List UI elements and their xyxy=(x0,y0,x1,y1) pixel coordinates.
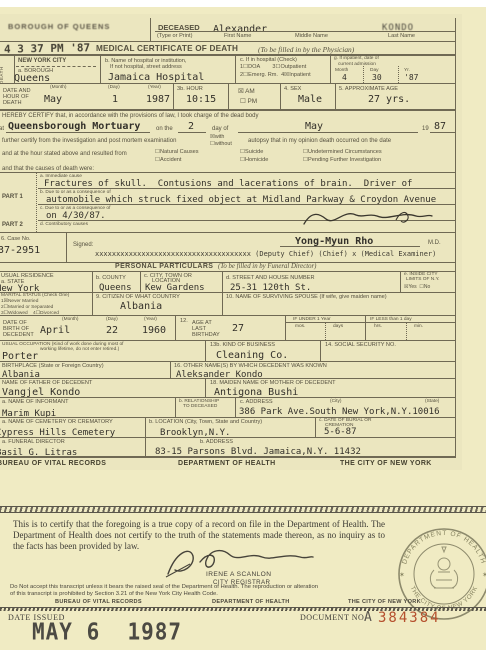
city-limits-label-2: LIMITS OF N.Y. xyxy=(406,277,440,283)
accident-checkbox: ☐Accident xyxy=(155,157,181,164)
form-footer-city: THE CITY OF NEW YORK xyxy=(340,460,432,467)
death-year-value: 1987 xyxy=(146,94,170,105)
kind-of-business-label: 13b. KIND OF BUSINESS xyxy=(210,342,275,349)
form-footer-bureau: BUREAU OF VITAL RECORDS xyxy=(0,460,106,467)
line xyxy=(173,84,174,109)
citizen-label: 9. CITIZEN OF WHAT COUNTRY xyxy=(96,294,180,301)
certify-line-4: and at the hour stated above and resulte… xyxy=(2,151,127,159)
line xyxy=(0,315,455,316)
middle-name-label: Middle Name xyxy=(295,33,328,40)
cemetery-location-label: b. LOCATION (City, Town, State and Count… xyxy=(149,419,262,426)
line xyxy=(0,397,455,398)
line xyxy=(228,84,229,109)
sex-value: Male xyxy=(298,94,322,105)
age-value: 27 yrs. xyxy=(368,94,410,105)
line xyxy=(0,437,455,438)
medical-examiner-signature xyxy=(300,204,435,232)
line xyxy=(0,340,455,341)
line xyxy=(0,232,455,233)
first-name-label: First Name xyxy=(224,33,251,40)
in-hospital-options-1: 1☐DOA 3☐Outpatient xyxy=(240,64,306,71)
line xyxy=(0,417,455,418)
suicide-checkbox: ☐Suicide xyxy=(240,149,263,156)
line xyxy=(170,361,171,378)
natural-causes-checkbox: ☐Natural Causes xyxy=(155,149,199,156)
line xyxy=(330,55,331,83)
line xyxy=(205,340,206,361)
line xyxy=(178,132,206,133)
mortuary-value: Queensborough Mortuary xyxy=(8,121,140,132)
line xyxy=(222,271,223,292)
hour-value: 10:15 xyxy=(186,94,216,105)
line xyxy=(0,361,455,362)
homicide-checkbox: ☐Homicide xyxy=(240,157,268,164)
svg-text:DEPARTMENT OF HEALTH: DEPARTMENT OF HEALTH xyxy=(401,530,486,565)
line xyxy=(222,292,223,315)
certify-month-value: May xyxy=(305,121,323,132)
line xyxy=(145,437,146,456)
seal-star-right: ✶ xyxy=(482,571,486,579)
admission-month-value: 4 xyxy=(342,73,347,82)
document-no-value: 384384 xyxy=(378,610,441,626)
line xyxy=(100,55,101,83)
admission-day-value: 30 xyxy=(372,73,382,82)
personal-particulars-note: (To be filled in by Funeral Director) xyxy=(218,263,316,270)
certify-line-1: HEREBY CERTIFY that, in accordance with … xyxy=(2,113,258,121)
certify-at: at xyxy=(0,126,4,134)
line xyxy=(175,397,176,417)
line xyxy=(36,172,38,232)
mother-label: 18. MAIDEN NAME OF MOTHER OF DECEDENT xyxy=(210,380,336,387)
last-name-label: Last Name xyxy=(388,33,415,40)
line xyxy=(16,66,96,67)
form-footer-department: DEPARTMENT OF HEALTH xyxy=(178,460,276,467)
line xyxy=(0,109,455,111)
dob-month-label: (Month) xyxy=(62,317,79,323)
case-no-value: 37-2951 xyxy=(0,245,40,256)
line xyxy=(325,322,327,340)
certificate-title: MEDICAL CERTIFICATE OF DEATH xyxy=(96,44,238,54)
line xyxy=(0,456,455,458)
ssn-label: 14. SOCIAL SECURITY NO. xyxy=(325,342,396,349)
marital-status-label: MARITAL STATUS (Check One) xyxy=(1,293,69,299)
age-label: 5. APPROXIMATE AGE xyxy=(339,86,398,93)
street-label: d. STREET AND HOUSE NUMBER xyxy=(226,275,314,282)
line xyxy=(406,322,408,340)
line xyxy=(6,132,150,133)
am-checkbox: ☒ AM xyxy=(238,88,255,96)
line xyxy=(285,315,286,340)
type-or-print-label: (Type or Print) xyxy=(157,33,192,40)
burial-date-value: 5-6-87 xyxy=(324,427,357,437)
father-label: NAME OF FATHER OF DECEDENT xyxy=(2,380,92,387)
line xyxy=(0,271,455,272)
line xyxy=(0,54,455,56)
dob-year-label: (Year) xyxy=(144,317,157,323)
md-label: M.D. xyxy=(428,240,441,248)
line xyxy=(92,292,93,315)
cemetery-name-label: a. NAME OF CEMETERY OR CREMATORY xyxy=(2,419,113,426)
death-day-value: 1 xyxy=(112,94,118,105)
certify-year-value: 87 xyxy=(434,121,446,132)
informant-address-label: c. ADDRESS xyxy=(240,399,273,406)
line xyxy=(238,132,418,133)
dob-day-label: (Day) xyxy=(106,317,118,323)
hour-label: 3b. HOUR xyxy=(177,86,203,93)
certify-on-the: on the xyxy=(156,126,173,134)
line xyxy=(205,378,206,397)
line xyxy=(38,188,455,189)
line xyxy=(455,18,456,458)
document-no-prefix: A xyxy=(364,610,372,625)
death-day-label: (Day) xyxy=(108,85,120,91)
kind-of-business-value: Cleaning Co. xyxy=(216,350,288,361)
dob-label-3: DECEDENT xyxy=(3,332,34,339)
informant-name-label: a. NAME OF INFORMANT xyxy=(2,399,69,406)
marital-option-1: 1☒Never Married xyxy=(1,299,38,305)
line xyxy=(335,84,336,109)
contributory-causes-label: d. Contributory causes xyxy=(40,222,88,228)
sex-label: 4. SEX xyxy=(284,86,301,93)
surviving-spouse-label: 10. NAME OF SURVIVING SPOUSE (If wife, g… xyxy=(226,294,387,301)
undetermined-checkbox: ☐Undetermined Circumstances xyxy=(303,149,382,156)
line xyxy=(66,232,67,262)
death-month-value: May xyxy=(44,94,62,105)
dob-year-value: 1960 xyxy=(142,325,166,336)
marital-option-2: 2☐Married or Separated xyxy=(1,305,53,311)
less-hrs-label: hrs. xyxy=(374,324,382,330)
line xyxy=(320,340,321,361)
without-autopsy-checkbox: ☐without xyxy=(210,141,232,148)
seal-top-text: DEPARTMENT OF HEALTH xyxy=(401,530,486,565)
registrar-name: IRENE A SCANLON xyxy=(206,571,271,578)
certify-day-value: 2 xyxy=(188,121,194,132)
death-year-label: (Year) xyxy=(148,85,161,91)
document-no-label: DOCUMENT NO. xyxy=(300,613,367,622)
line xyxy=(235,55,236,83)
struck-out-titles: xxxxxxxxxxxxxxxxxxxxxxxxxxxxxxxxxxxxx (D… xyxy=(95,250,436,258)
case-no-label: 6. Case No. xyxy=(1,236,31,243)
relationship-label-2: TO DECEASED xyxy=(183,404,217,410)
age-at-label-3: BIRTHDAY xyxy=(192,332,220,339)
death-certificate-scan: BOROUGH OF QUEENS DECEASED (Type or Prin… xyxy=(0,0,486,650)
place-of-death-side-label: PLACE OF DEATH xyxy=(0,56,4,84)
admission-year-value: '87 xyxy=(404,73,418,82)
certificate-title-note: (To be filled in by the Physician) xyxy=(258,45,354,54)
bottom-footer-bureau: BUREAU OF VITAL RECORDS xyxy=(55,599,142,605)
part1-label: PART 1 xyxy=(2,194,23,202)
certify-line-3: further certify from the investigation a… xyxy=(2,138,176,146)
line xyxy=(0,378,455,379)
pm-checkbox: ☐ PM xyxy=(240,98,257,106)
county-label: b. COUNTY xyxy=(96,275,126,282)
line xyxy=(140,271,141,292)
admission-label-2: current admission xyxy=(338,62,376,68)
under-mos-label: mos. xyxy=(295,324,305,330)
certify-line-3b: autopsy that in my opinion death occurre… xyxy=(248,138,391,146)
address-state-label: (State) xyxy=(425,399,439,405)
certify-day-of: day of xyxy=(212,126,228,134)
certify-19: 19 xyxy=(422,126,429,134)
borough-stamp: BOROUGH OF QUEENS xyxy=(8,22,110,31)
dob-day-value: 22 xyxy=(106,325,118,336)
occupation-label-2: working lifetime, do not enter retired.) xyxy=(40,347,119,353)
line xyxy=(363,66,365,83)
bottom-footer-city: THE CITY OF NEW YORK xyxy=(348,599,421,605)
hospital-value: Jamaica Hospital xyxy=(108,72,204,83)
funeral-director-label: a. FUNERAL DIRECTOR xyxy=(2,439,65,446)
line xyxy=(315,417,316,437)
line xyxy=(155,31,455,32)
under-days-label: days xyxy=(333,324,343,330)
age-number-label: 12. xyxy=(180,318,188,325)
line xyxy=(235,397,236,417)
warning-line-2: of this transcript is prohibited by Sect… xyxy=(10,591,218,598)
in-hospital-check-label: c. If in hospital (Check) xyxy=(240,57,297,64)
address-city-label: (City) xyxy=(330,399,341,405)
death-month-label: (Month) xyxy=(50,85,67,91)
date-hour-label-3: DEATH xyxy=(3,100,22,107)
line xyxy=(430,132,455,133)
line xyxy=(175,315,176,340)
date-issued-stamp: MAY 6 1987 xyxy=(32,619,182,645)
line xyxy=(280,84,281,109)
pending-checkbox: ☐Pending Further Investigation xyxy=(303,157,381,164)
less-min-label: min. xyxy=(414,324,423,330)
city-limits-checkboxes: ☒Yes ☐No xyxy=(404,284,430,290)
part2-label: PART 2 xyxy=(2,222,23,230)
line xyxy=(280,246,420,247)
age-at-value: 27 xyxy=(232,323,244,334)
hospital-label-2: If not hospital, street address xyxy=(110,64,182,71)
seal-star-left: ✶ xyxy=(399,571,405,579)
line xyxy=(92,271,93,292)
with-autopsy-checkbox: ☒with xyxy=(210,134,224,141)
other-names-label: 16. OTHER NAME(S) BY WHICH DECEDENT WAS … xyxy=(174,363,327,370)
birthplace-label: BIRTHPLACE (State or Foreign Country) xyxy=(2,363,104,370)
citizen-value: Albania xyxy=(120,301,162,312)
divider-rule xyxy=(0,506,486,513)
line xyxy=(400,271,401,292)
line xyxy=(0,172,455,173)
admission-label-1: g. If inpatient, date of xyxy=(334,56,379,62)
in-hospital-options-2: 2☐Emerg. Rm. 4☒Inpatient xyxy=(240,72,311,79)
bottom-footer-department: DEPARTMENT OF HEALTH xyxy=(212,599,290,605)
funeral-address-label: b. ADDRESS xyxy=(200,439,233,446)
warning-line-1: Do Not accept this transcript unless it … xyxy=(10,584,318,591)
dob-month-value: April xyxy=(40,325,70,336)
line xyxy=(150,18,151,42)
line xyxy=(398,66,400,83)
informant-address-value: 386 Park Ave.South New York,N.Y.10016 xyxy=(239,407,439,417)
signed-label: Signed: xyxy=(73,242,93,250)
line xyxy=(365,315,366,340)
line xyxy=(145,417,146,437)
new-york-city-label: NEW YORK CITY xyxy=(18,58,66,66)
